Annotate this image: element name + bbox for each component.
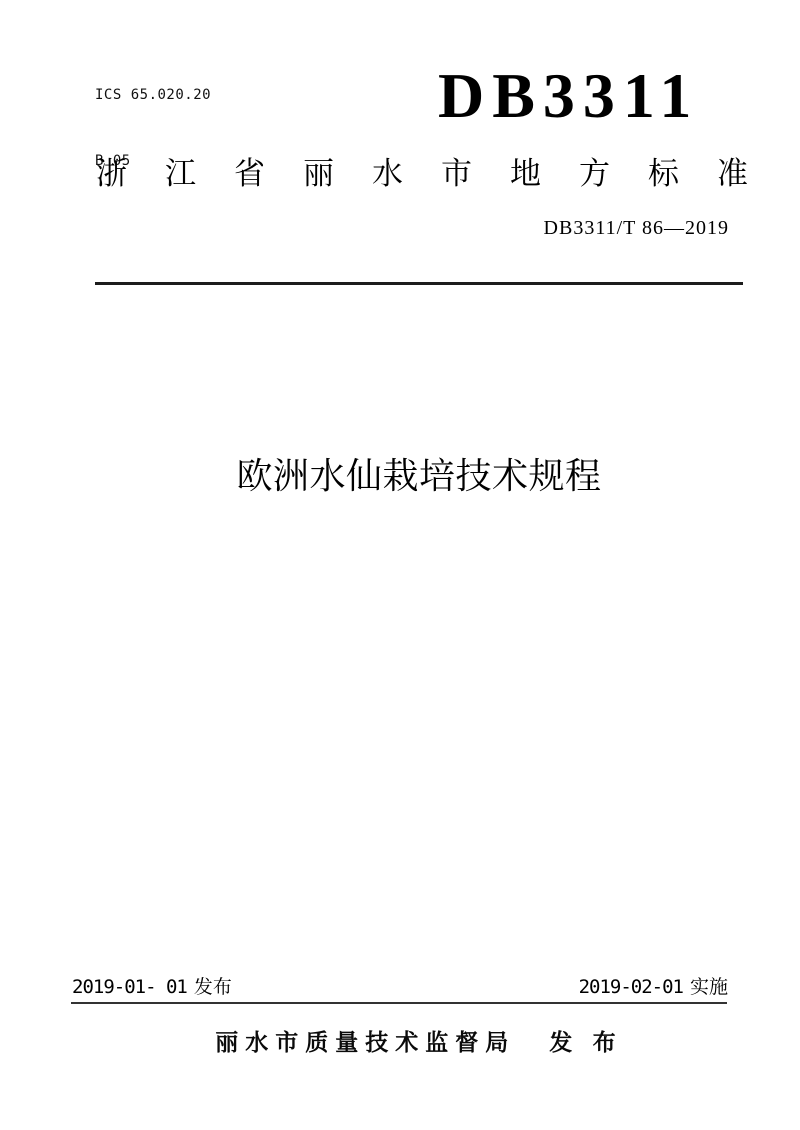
footer-divider-rule <box>71 1002 727 1004</box>
implementation-date-label: 实施 <box>690 977 728 998</box>
implementation-date: 2019-02-01 <box>579 976 683 998</box>
header-divider-rule <box>95 282 743 285</box>
issue-date-block: 2019-01- 01发布 <box>72 972 232 999</box>
publish-action-label: 发 布 <box>549 1029 622 1055</box>
issue-date-label: 发布 <box>194 977 232 998</box>
publisher-row: 丽水市质量技术监督局发 布 <box>95 1028 743 1056</box>
date-row: 2019-01- 01发布 2019-02-01实施 <box>72 972 728 996</box>
standard-type-heading: 浙江省丽水市地方标准 <box>96 156 786 192</box>
document-title: 欧洲水仙栽培技术规程 <box>95 455 743 497</box>
db-standard-logo: DB3311 <box>438 64 699 128</box>
issue-date: 2019-01- 01 <box>72 976 187 998</box>
standard-document-number: DB3311/T 86—2019 <box>544 217 729 240</box>
implementation-date-block: 2019-02-01实施 <box>579 972 728 999</box>
publisher-name: 丽水市质量技术监督局 <box>215 1029 515 1055</box>
standard-cover-page: ICS 65.020.20 B 05 DB3311 浙江省丽水市地方标准 DB3… <box>0 0 800 1130</box>
ics-code: ICS 65.020.20 <box>95 84 211 106</box>
